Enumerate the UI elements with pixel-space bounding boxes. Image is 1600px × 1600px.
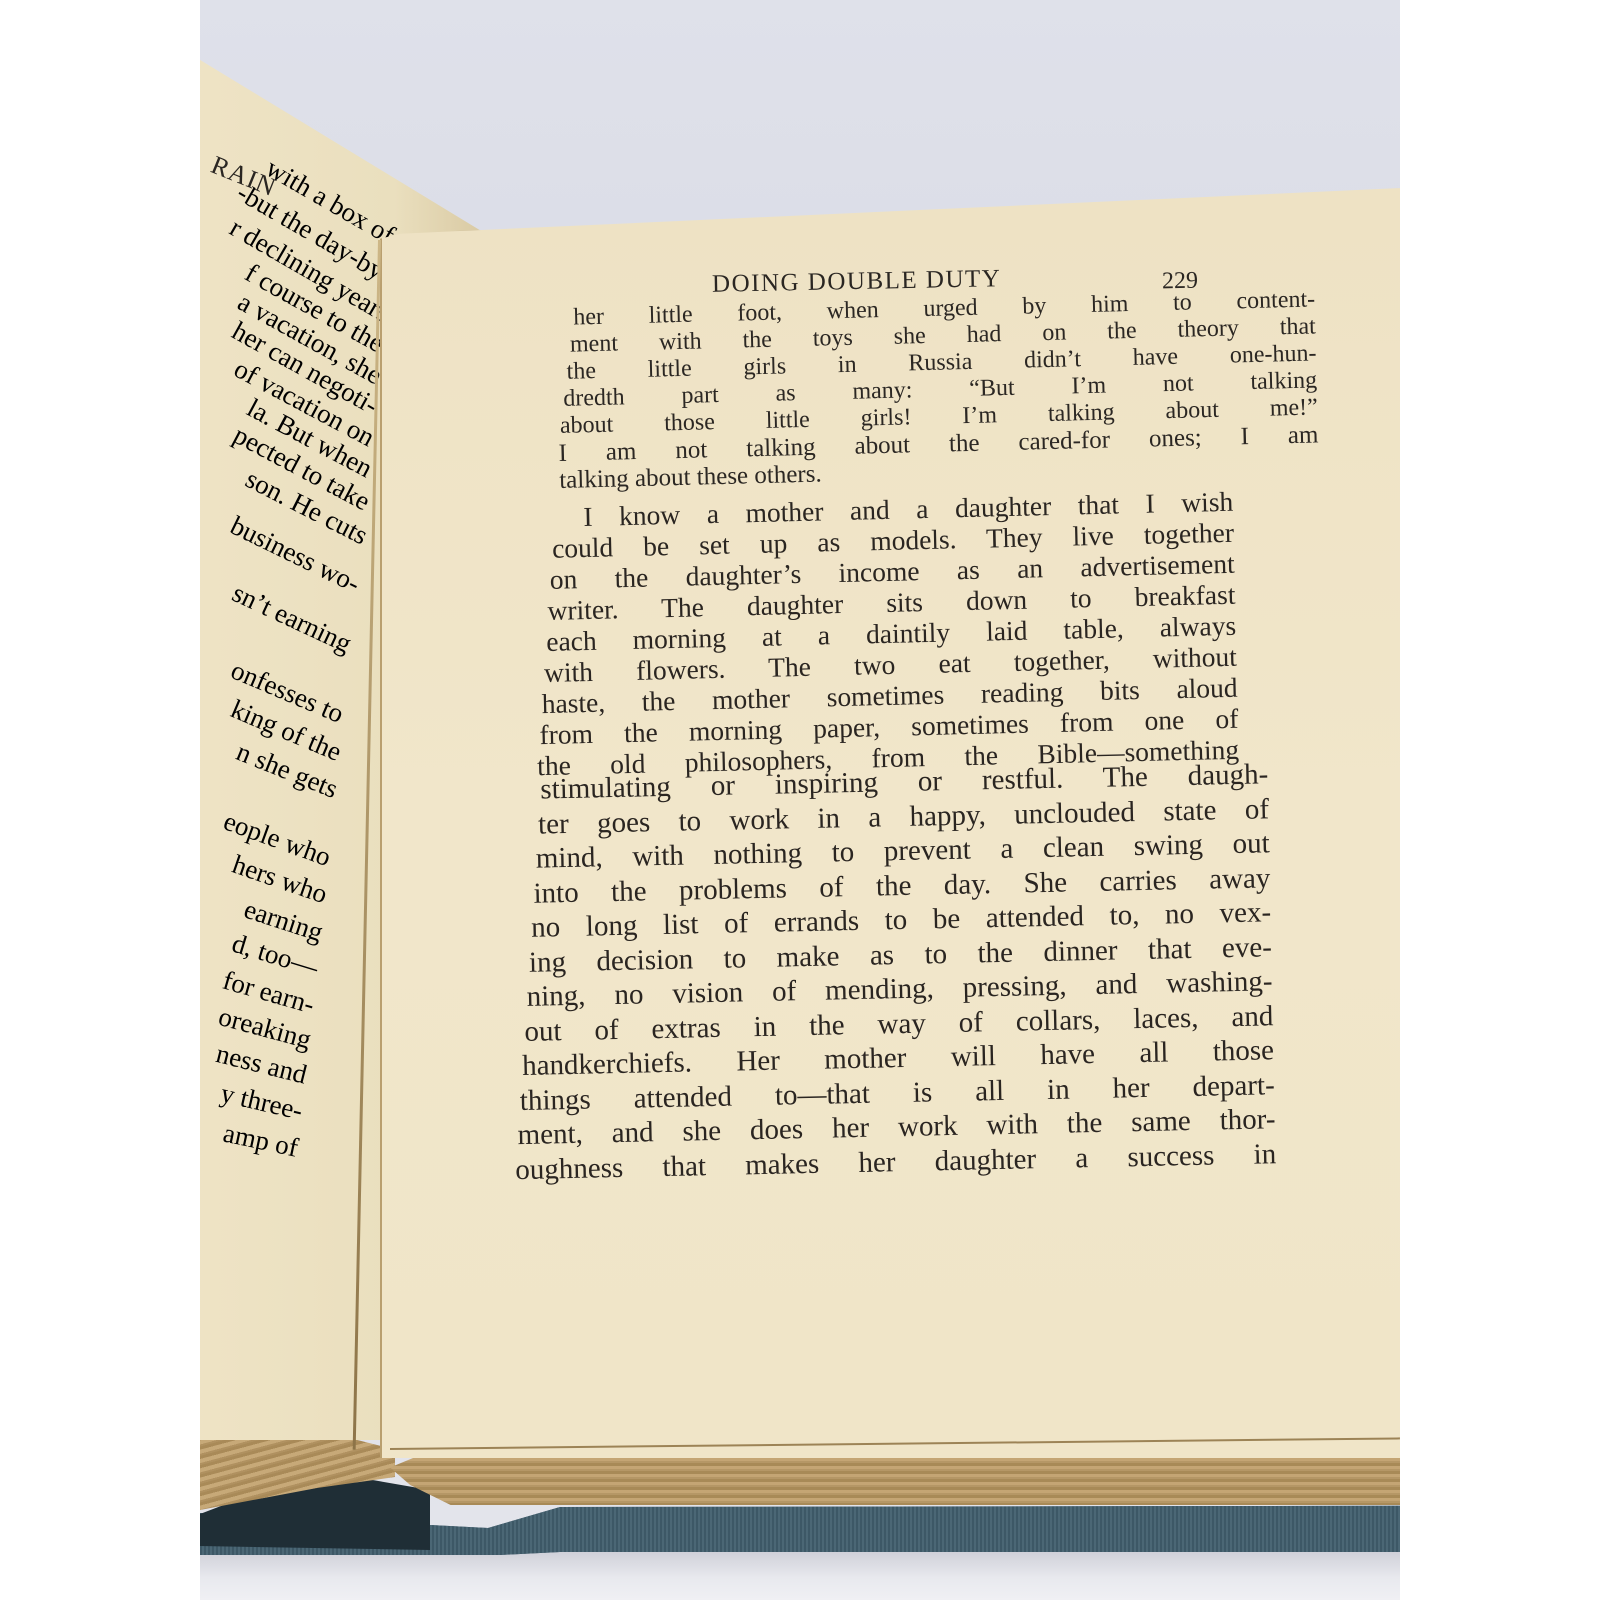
right-page-edges — [390, 1455, 1400, 1505]
paragraph-mother-daughter-cont: stimulating or inspiring or restful. The… — [518, 757, 1277, 1187]
right-running-head: DOING DOUBLE DUTY — [712, 265, 1002, 299]
book-photo: RAIN with a box of -but the day-by- r de… — [200, 0, 1400, 1600]
paragraph-continued: her little foot, when urged by him to co… — [555, 286, 1319, 494]
paragraph-mother-daughter: I know a mother and a daughter that I wi… — [543, 486, 1239, 781]
